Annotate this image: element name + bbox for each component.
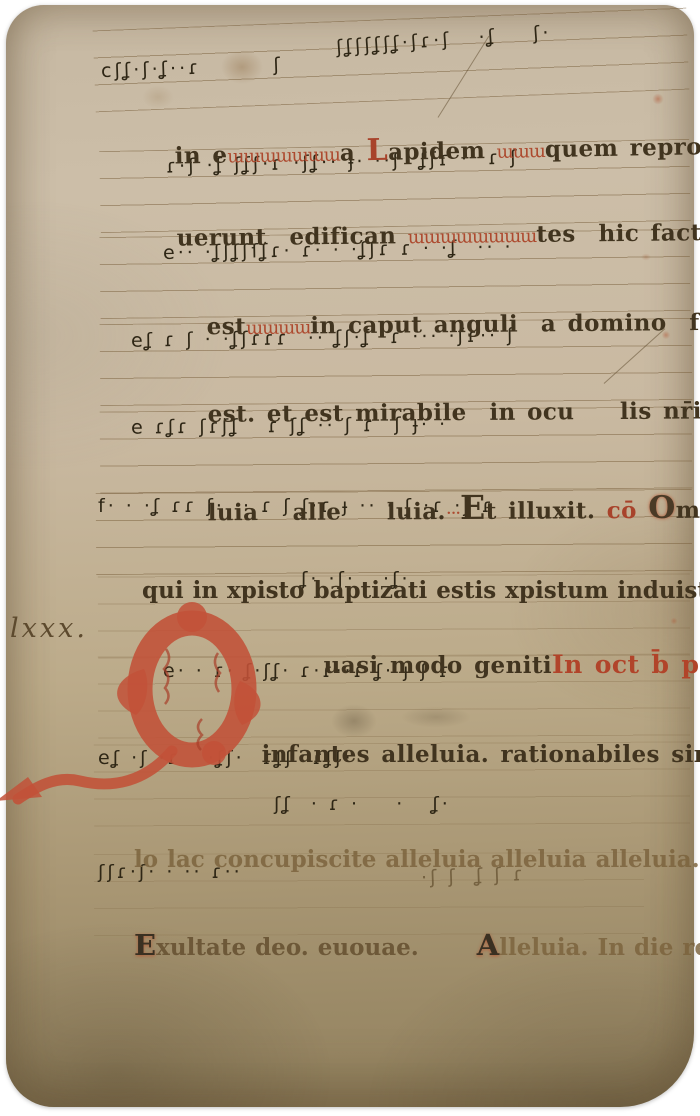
red-dots: ··· bbox=[446, 503, 460, 524]
chant-text: lleluia. In die resurrec bbox=[499, 934, 700, 961]
chant-text: a bbox=[340, 139, 367, 166]
chant-text: luia alle luia. bbox=[208, 498, 446, 526]
chant-text-line: in eɯɯɯɯɯɯɯa Lapidem ɯɯɯquem reproba bbox=[128, 100, 700, 200]
chant-text: tes hic factus bbox=[536, 219, 700, 248]
chant-text: est bbox=[207, 313, 247, 340]
chant-text: quem reproba bbox=[545, 133, 700, 163]
chant-text: qui in xpisto baptizati estis xpistum in… bbox=[142, 577, 700, 604]
initial-l: L bbox=[366, 133, 388, 168]
chant-text: in e bbox=[174, 142, 227, 170]
chant-text-line: uerunt edifican ɯɯɯɯɯɯɯɯtes hic factus bbox=[131, 192, 700, 279]
chant-text: apidem bbox=[388, 137, 497, 166]
chant-text-line: estɯɯɯɯin caput anguli a domino factum bbox=[161, 281, 700, 367]
initial-e: E bbox=[460, 488, 486, 527]
red-filler: ɯɯɯɯɯɯɯ bbox=[227, 145, 340, 168]
red-filler: ɯɯɯɯɯɯɯɯ bbox=[408, 226, 537, 248]
chant-text: mnes bbox=[676, 496, 700, 523]
chant-text-line: infantes alleluia. rationabiles sine do bbox=[216, 714, 700, 795]
red-filler: ɯɯɯ bbox=[497, 141, 546, 163]
chant-text: in caput anguli a domino factum bbox=[310, 308, 700, 339]
manuscript-page: ʃʆʃʃʆʃʆ·ʃɾ·ʃ ·ʆ ʃ· cʃʆ·ʃ·ʆ··ɾ ʃ ɾ·ʃ ·ʆ ʃ… bbox=[6, 5, 694, 1107]
initial-a: A bbox=[477, 928, 500, 962]
chant-text-line: est. et est mirabile in ocu lis nr̄is al… bbox=[162, 370, 700, 455]
chant-text: infantes alleluia. rationabiles sine do bbox=[262, 741, 700, 768]
initial-e-exultate: E bbox=[134, 928, 156, 962]
chant-text-line: Exultate deo. euouae.Alleluia. In die re… bbox=[98, 901, 700, 989]
chant-text-line: uasi modo genitiIn oct b̄ pascheſleluia. bbox=[278, 623, 700, 706]
chant-text: uasi modo geniti bbox=[324, 652, 552, 679]
initial-q bbox=[0, 601, 286, 807]
neume-row: ʃʆ · ɾ · · ʆ· bbox=[274, 793, 451, 815]
chant-text: xultate deo. euouae. bbox=[156, 934, 419, 961]
chant-text: can bbox=[349, 222, 408, 250]
chant-text-line: luia alle luia.···Et illuxit. cō Omnes bbox=[162, 459, 700, 555]
chant-text: lo lac concupiscite alleluia alleluia al… bbox=[134, 846, 700, 873]
red-filler: ɯɯɯɯ bbox=[246, 317, 310, 339]
neume-row: cʃʆ·ʃ·ʆ··ɾ ʃ bbox=[101, 54, 284, 82]
chant-text-line: lo lac concupiscite alleluia alleluia al… bbox=[98, 819, 700, 900]
chant-text: uerunt edifi bbox=[177, 223, 350, 252]
chant-text: t illuxit. bbox=[486, 497, 607, 525]
rubric-in-octava-pasche: In oct b̄ pasche bbox=[552, 650, 700, 679]
communio-cue: cō bbox=[607, 497, 649, 524]
neume-row: ʃʆʃʃʆʃʆ·ʃɾ·ʃ ·ʆ ʃ· bbox=[335, 22, 552, 59]
initial-o: O bbox=[648, 490, 676, 526]
chant-text: est. et est mirabile in ocu lis nr̄is al… bbox=[208, 397, 700, 428]
